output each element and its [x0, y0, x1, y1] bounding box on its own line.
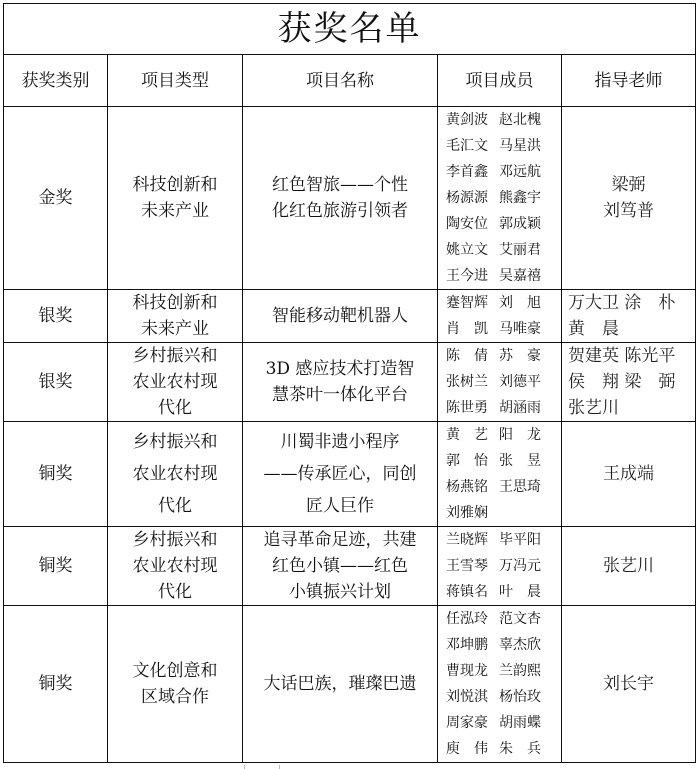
advisor-line: 梁弼 — [562, 172, 695, 198]
project-name-cell: 智能移动靶机器人 — [243, 290, 438, 343]
member-line: 黄 艺阳 龙 — [446, 422, 561, 448]
award-cell: 银奖 — [4, 343, 108, 422]
project-type-line: 未来产业 — [108, 316, 242, 342]
members-cell: 陈 倩苏 豪 张树兰刘德平 陈世勇胡涵雨 — [438, 343, 562, 422]
project-type-line: 未来产业 — [108, 198, 242, 224]
project-type-cell: 科技创新和 未来产业 — [108, 107, 243, 290]
member-name: 马唯豪 — [499, 316, 552, 342]
member-name: 庾 伟 — [446, 736, 499, 762]
project-name-line: 川蜀非遗小程序 — [243, 426, 437, 458]
project-name-line: 红色智旅——个性 — [243, 172, 437, 198]
member-name: 刘德平 — [499, 369, 552, 395]
member-name: 杨源源 — [446, 185, 499, 211]
header-row: 获奖类别 项目类型 项目名称 项目成员 指导老师 — [4, 55, 696, 107]
member-line: 刘悦淇杨怡玫 — [446, 684, 561, 710]
advisor-line: 贺建英 陈光平 — [568, 343, 695, 369]
header-award-category: 获奖类别 — [4, 55, 108, 107]
member-name: 蒋镇名 — [446, 579, 499, 605]
advisor-cell: 张艺川 — [562, 527, 696, 606]
member-name: 苏 豪 — [499, 343, 552, 369]
award-cell: 银奖 — [4, 290, 108, 343]
project-type-line: 农业农村现 — [108, 553, 242, 579]
award-cell: 铜奖 — [4, 422, 108, 527]
member-name: 刘 旭 — [499, 290, 552, 316]
table-row: 金奖 科技创新和 未来产业 红色智旅——个性 化红色旅游引领者 黄剑波赵北槐 毛… — [4, 107, 696, 290]
project-name-line: 匠人巨作 — [243, 490, 437, 522]
member-name: 陈 倩 — [446, 343, 499, 369]
project-type-line: 代化 — [108, 490, 242, 522]
project-name-cell: 追寻革命足迹，共建 红色小镇——红色 小镇振兴计划 — [243, 527, 438, 606]
advisor-line: 张艺川 — [568, 395, 695, 421]
table-row: 银奖 乡村振兴和 农业农村现 代化 3D 感应技术打造智 慧茶叶一体化平台 陈 … — [4, 343, 696, 422]
table-row: 银奖 科技创新和 未来产业 智能移动靶机器人 蹇智辉刘 旭 肖 凯马唯豪 万大卫… — [4, 290, 696, 343]
member-name: 郭 怡 — [446, 448, 499, 474]
project-name-line: 红色小镇——红色 — [243, 553, 437, 579]
member-name: 毕平阳 — [499, 527, 552, 553]
header-advisors: 指导老师 — [562, 55, 696, 107]
page-title: 获奖名单 — [4, 4, 696, 55]
member-name: 艾丽君 — [499, 237, 552, 263]
member-line: 陈 倩苏 豪 — [446, 343, 561, 369]
award-cell: 铜奖 — [4, 606, 108, 763]
project-name-line: 小镇振兴计划 — [243, 579, 437, 605]
project-type-line: 科技创新和 — [108, 290, 242, 316]
table-row: 铜奖 文化创意和 区域合作 大话巴族，璀璨巴遗 任泓玲范文杏 邓坤鹏辜杰欣 曹现… — [4, 606, 696, 763]
project-type-line: 农业农村现 — [108, 369, 242, 395]
member-name: 熊鑫宇 — [499, 185, 552, 211]
member-line: 郭 怡张 昱 — [446, 448, 561, 474]
member-name: 赵北槐 — [499, 107, 552, 133]
member-line: 任泓玲范文杏 — [446, 606, 561, 632]
project-type-cell: 文化创意和 区域合作 — [108, 606, 243, 763]
member-name: 黄剑波 — [446, 107, 499, 133]
project-type-cell: 乡村振兴和 农业农村现 代化 — [108, 527, 243, 606]
table-row: 铜奖 乡村振兴和 农业农村现 代化 川蜀非遗小程序 ——传承匠心，同创 匠人巨作… — [4, 422, 696, 527]
member-line: 曹现龙兰韵熙 — [446, 658, 561, 684]
member-name: 郭成颖 — [499, 211, 552, 237]
members-cell: 蹇智辉刘 旭 肖 凯马唯豪 — [438, 290, 562, 343]
member-name: 王雪琴 — [446, 553, 499, 579]
advisor-line: 张艺川 — [562, 553, 695, 579]
member-name: 兰晓辉 — [446, 527, 499, 553]
member-line: 黄剑波赵北槐 — [446, 107, 561, 133]
member-name: 李首鑫 — [446, 159, 499, 185]
members-cell: 黄剑波赵北槐 毛汇文马星洪 李首鑫邓远航 杨源源熊鑫宇 陶安位郭成颖 姚立文艾丽… — [438, 107, 562, 290]
project-name-line: 化红色旅游引领者 — [243, 198, 437, 224]
project-name-line: 追寻革命足迹，共建 — [243, 527, 437, 553]
member-line: 姚立文艾丽君 — [446, 237, 561, 263]
member-line: 陈世勇胡涵雨 — [446, 395, 561, 421]
project-type-line: 区域合作 — [108, 684, 242, 710]
member-name: 马星洪 — [499, 133, 552, 159]
member-name: 姚立文 — [446, 237, 499, 263]
project-type-line: 代化 — [108, 395, 242, 421]
advisor-cell: 王成端 — [562, 422, 696, 527]
member-name: 任泓玲 — [446, 606, 499, 632]
member-name: 范文杏 — [499, 606, 552, 632]
project-type-line: 科技创新和 — [108, 172, 242, 198]
member-name: 曹现龙 — [446, 658, 499, 684]
member-name: 辜杰欣 — [499, 632, 552, 658]
member-name: 邓远航 — [499, 159, 552, 185]
member-line: 杨燕铭王思琦 — [446, 474, 561, 500]
project-name-cell: 红色智旅——个性 化红色旅游引领者 — [243, 107, 438, 290]
member-name — [499, 500, 552, 526]
member-name: 黄 艺 — [446, 422, 499, 448]
member-name: 杨怡玫 — [499, 684, 552, 710]
project-type-cell: 乡村振兴和 农业农村现 代化 — [108, 343, 243, 422]
member-line: 肖 凯马唯豪 — [446, 316, 561, 342]
project-type-line: 农业农村现 — [108, 458, 242, 490]
project-type-line: 文化创意和 — [108, 658, 242, 684]
member-name: 叶 晨 — [499, 579, 552, 605]
member-line: 庾 伟朱 兵 — [446, 736, 561, 762]
member-name: 兰韵熙 — [499, 658, 552, 684]
member-name: 张 昱 — [499, 448, 552, 474]
member-line: 邓坤鹏辜杰欣 — [446, 632, 561, 658]
project-name-line: 3D 感应技术打造智 — [243, 356, 437, 382]
member-name: 陶安位 — [446, 211, 499, 237]
page-edge-marker — [244, 765, 280, 769]
project-name-line: ——传承匠心，同创 — [243, 458, 437, 490]
member-name: 王今进 — [446, 263, 499, 289]
header-project-name: 项目名称 — [243, 55, 438, 107]
advisor-line: 侯 翔 梁 弼 — [568, 369, 695, 395]
table-row: 铜奖 乡村振兴和 农业农村现 代化 追寻革命足迹，共建 红色小镇——红色 小镇振… — [4, 527, 696, 606]
member-line: 蒋镇名叶 晨 — [446, 579, 561, 605]
award-list-table: 获奖名单 获奖类别 项目类型 项目名称 项目成员 指导老师 金奖 科技创新和 未… — [3, 3, 696, 763]
members-cell: 兰晓辉毕平阳 王雪琴万冯元 蒋镇名叶 晨 — [438, 527, 562, 606]
project-type-line: 代化 — [108, 579, 242, 605]
advisor-line: 万大卫 涂 朴 — [568, 290, 695, 316]
member-line: 刘雅娴 — [446, 500, 561, 526]
project-name-cell: 川蜀非遗小程序 ——传承匠心，同创 匠人巨作 — [243, 422, 438, 527]
member-name: 万冯元 — [499, 553, 552, 579]
member-name: 朱 兵 — [499, 736, 552, 762]
advisor-line: 王成端 — [562, 461, 695, 487]
member-name: 张树兰 — [446, 369, 499, 395]
member-line: 陶安位郭成颖 — [446, 211, 561, 237]
advisor-cell: 万大卫 涂 朴 黄 晨 — [562, 290, 696, 343]
member-name: 杨燕铭 — [446, 474, 499, 500]
project-name-cell: 大话巴族，璀璨巴遗 — [243, 606, 438, 763]
project-type-line: 乡村振兴和 — [108, 527, 242, 553]
member-name: 刘悦淇 — [446, 684, 499, 710]
project-name-line: 智能移动靶机器人 — [243, 303, 437, 329]
project-name-line: 大话巴族，璀璨巴遗 — [243, 671, 437, 697]
member-line: 李首鑫邓远航 — [446, 159, 561, 185]
member-line: 蹇智辉刘 旭 — [446, 290, 561, 316]
advisor-cell: 刘长宇 — [562, 606, 696, 763]
project-type-line: 乡村振兴和 — [108, 343, 242, 369]
member-line: 王今进吴嘉禧 — [446, 263, 561, 289]
member-name: 胡涵雨 — [499, 395, 552, 421]
member-line: 杨源源熊鑫宇 — [446, 185, 561, 211]
advisor-cell: 贺建英 陈光平 侯 翔 梁 弼 张艺川 — [562, 343, 696, 422]
award-cell: 金奖 — [4, 107, 108, 290]
member-line: 兰晓辉毕平阳 — [446, 527, 561, 553]
member-name: 肖 凯 — [446, 316, 499, 342]
member-name: 吴嘉禧 — [499, 263, 552, 289]
member-line: 周家豪胡雨蝶 — [446, 710, 561, 736]
award-cell: 铜奖 — [4, 527, 108, 606]
advisor-line: 黄 晨 — [568, 316, 695, 342]
member-line: 毛汇文马星洪 — [446, 133, 561, 159]
member-name: 王思琦 — [499, 474, 552, 500]
member-name: 刘雅娴 — [446, 500, 499, 526]
member-name: 周家豪 — [446, 710, 499, 736]
project-type-cell: 乡村振兴和 农业农村现 代化 — [108, 422, 243, 527]
project-type-line: 乡村振兴和 — [108, 426, 242, 458]
member-name: 胡雨蝶 — [499, 710, 552, 736]
advisor-line: 刘笃普 — [562, 198, 695, 224]
project-name-cell: 3D 感应技术打造智 慧茶叶一体化平台 — [243, 343, 438, 422]
project-type-cell: 科技创新和 未来产业 — [108, 290, 243, 343]
member-name: 蹇智辉 — [446, 290, 499, 316]
members-cell: 黄 艺阳 龙 郭 怡张 昱 杨燕铭王思琦 刘雅娴 — [438, 422, 562, 527]
member-line: 张树兰刘德平 — [446, 369, 561, 395]
advisor-cell: 梁弼 刘笃普 — [562, 107, 696, 290]
header-project-type: 项目类型 — [108, 55, 243, 107]
project-name-line: 慧茶叶一体化平台 — [243, 382, 437, 408]
member-line: 王雪琴万冯元 — [446, 553, 561, 579]
member-name: 毛汇文 — [446, 133, 499, 159]
members-cell: 任泓玲范文杏 邓坤鹏辜杰欣 曹现龙兰韵熙 刘悦淇杨怡玫 周家豪胡雨蝶 庾 伟朱 … — [438, 606, 562, 763]
member-name: 阳 龙 — [499, 422, 552, 448]
member-name: 邓坤鹏 — [446, 632, 499, 658]
header-project-members: 项目成员 — [438, 55, 562, 107]
member-name: 陈世勇 — [446, 395, 499, 421]
advisor-line: 刘长宇 — [562, 671, 695, 697]
